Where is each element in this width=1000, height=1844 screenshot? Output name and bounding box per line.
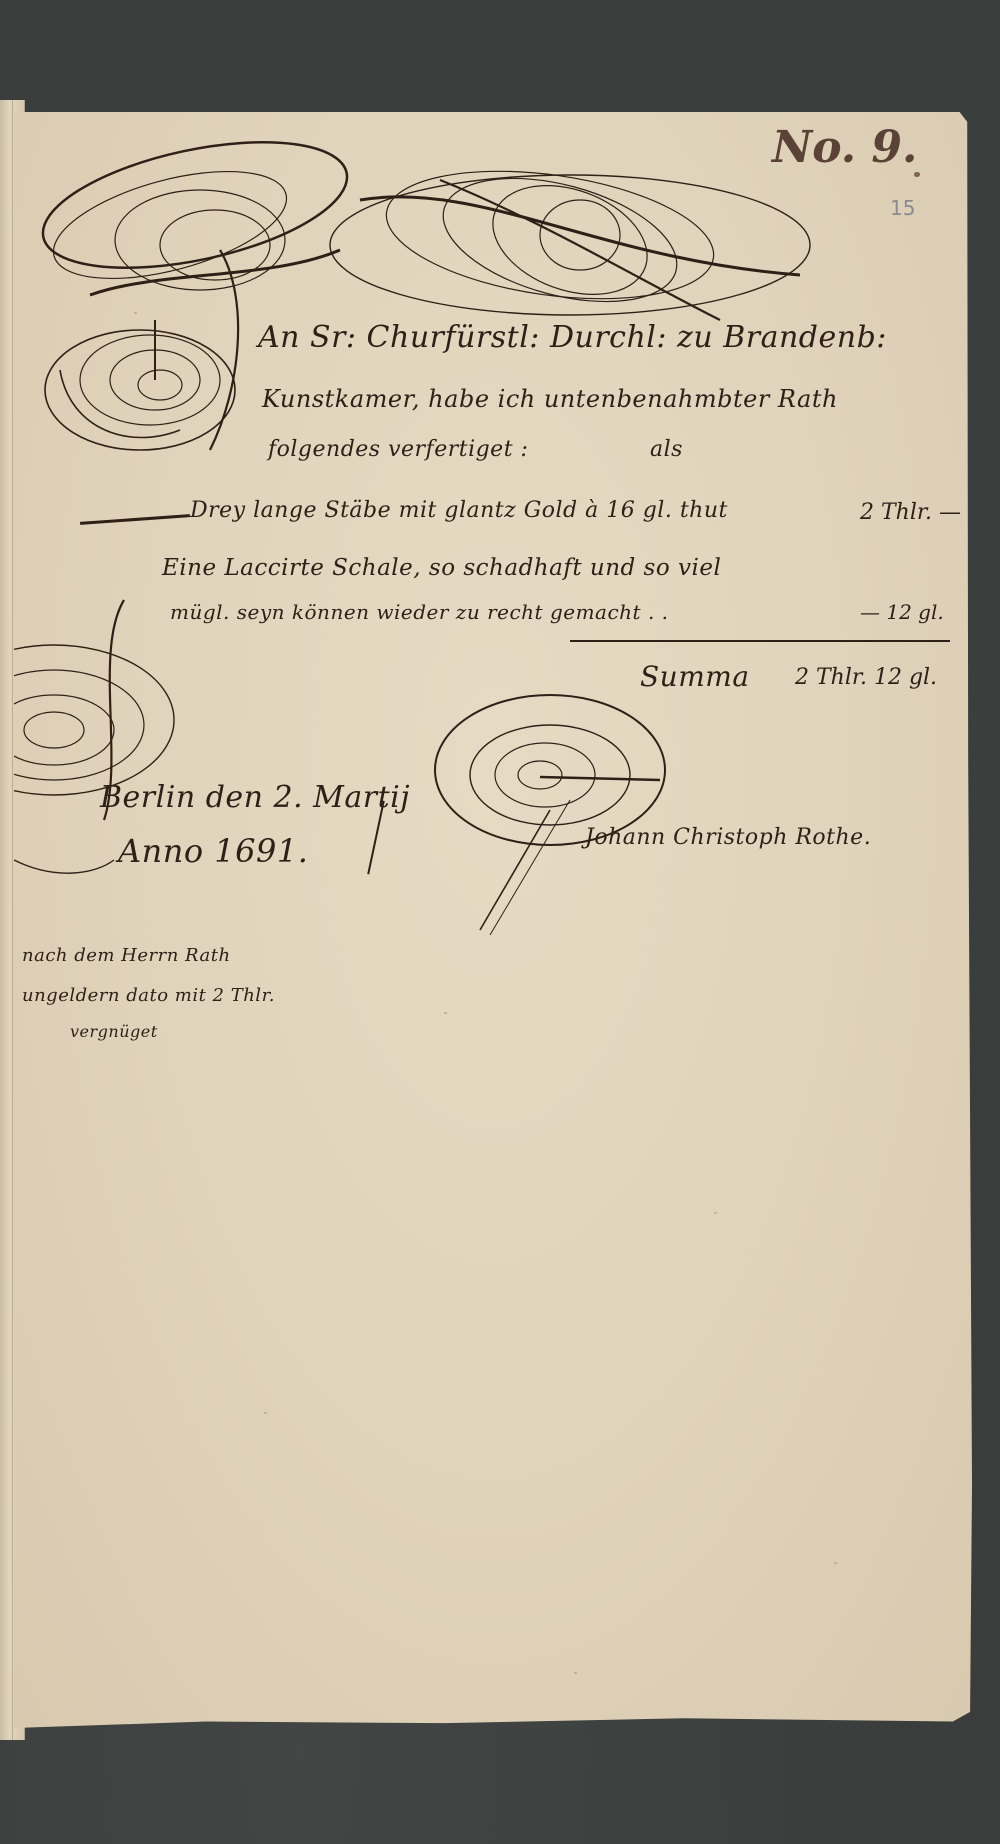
spine-fold xyxy=(2,100,13,1740)
total-label: Summa xyxy=(640,660,750,693)
heading-line-2: Kunstkamer, habe ich untenbenahmbter Rat… xyxy=(262,385,838,413)
heading-line-3-suffix: als xyxy=(650,437,683,462)
paper-speck xyxy=(714,1212,717,1214)
folio-number: 15 xyxy=(890,196,915,220)
paper-speck xyxy=(444,1012,447,1014)
total-amount: 2 Thlr. 12 gl. xyxy=(795,665,937,690)
item-2-description-cont: mügl. seyn können wieder zu recht gemach… xyxy=(170,600,669,624)
place-date-line-1: Berlin den 2. Martij xyxy=(100,780,410,815)
margin-note-line-2: ungeldern dato mit 2 Thlr. xyxy=(22,985,275,1006)
margin-note-line-3: vergnüget xyxy=(70,1022,158,1041)
paper-speck xyxy=(134,312,137,314)
item-1-description: Drey lange Stäbe mit glantz Gold à 16 gl… xyxy=(190,498,728,523)
paper-speck xyxy=(574,1672,577,1674)
place-date-line-2: Anno 1691. xyxy=(118,832,308,870)
margin-note-line-1: nach dem Herrn Rath xyxy=(22,945,231,966)
item-2-amount: — 12 gl. xyxy=(860,600,944,624)
item-1-amount: 2 Thlr. — xyxy=(860,500,961,525)
paper-speck xyxy=(834,1562,837,1564)
signature: Johann Christoph Rothe. xyxy=(585,825,871,850)
paper-speck xyxy=(264,1412,267,1414)
heading-line-3: folgendes verfertiget : xyxy=(268,437,528,462)
sum-rule xyxy=(570,640,950,642)
item-2-description: Eine Laccirte Schale, so schadhaft und s… xyxy=(162,555,721,581)
archive-number: No. 9. xyxy=(772,122,917,173)
heading-line-1: An Sr: Churfürstl: Durchl: zu Brandenb: xyxy=(258,320,887,355)
